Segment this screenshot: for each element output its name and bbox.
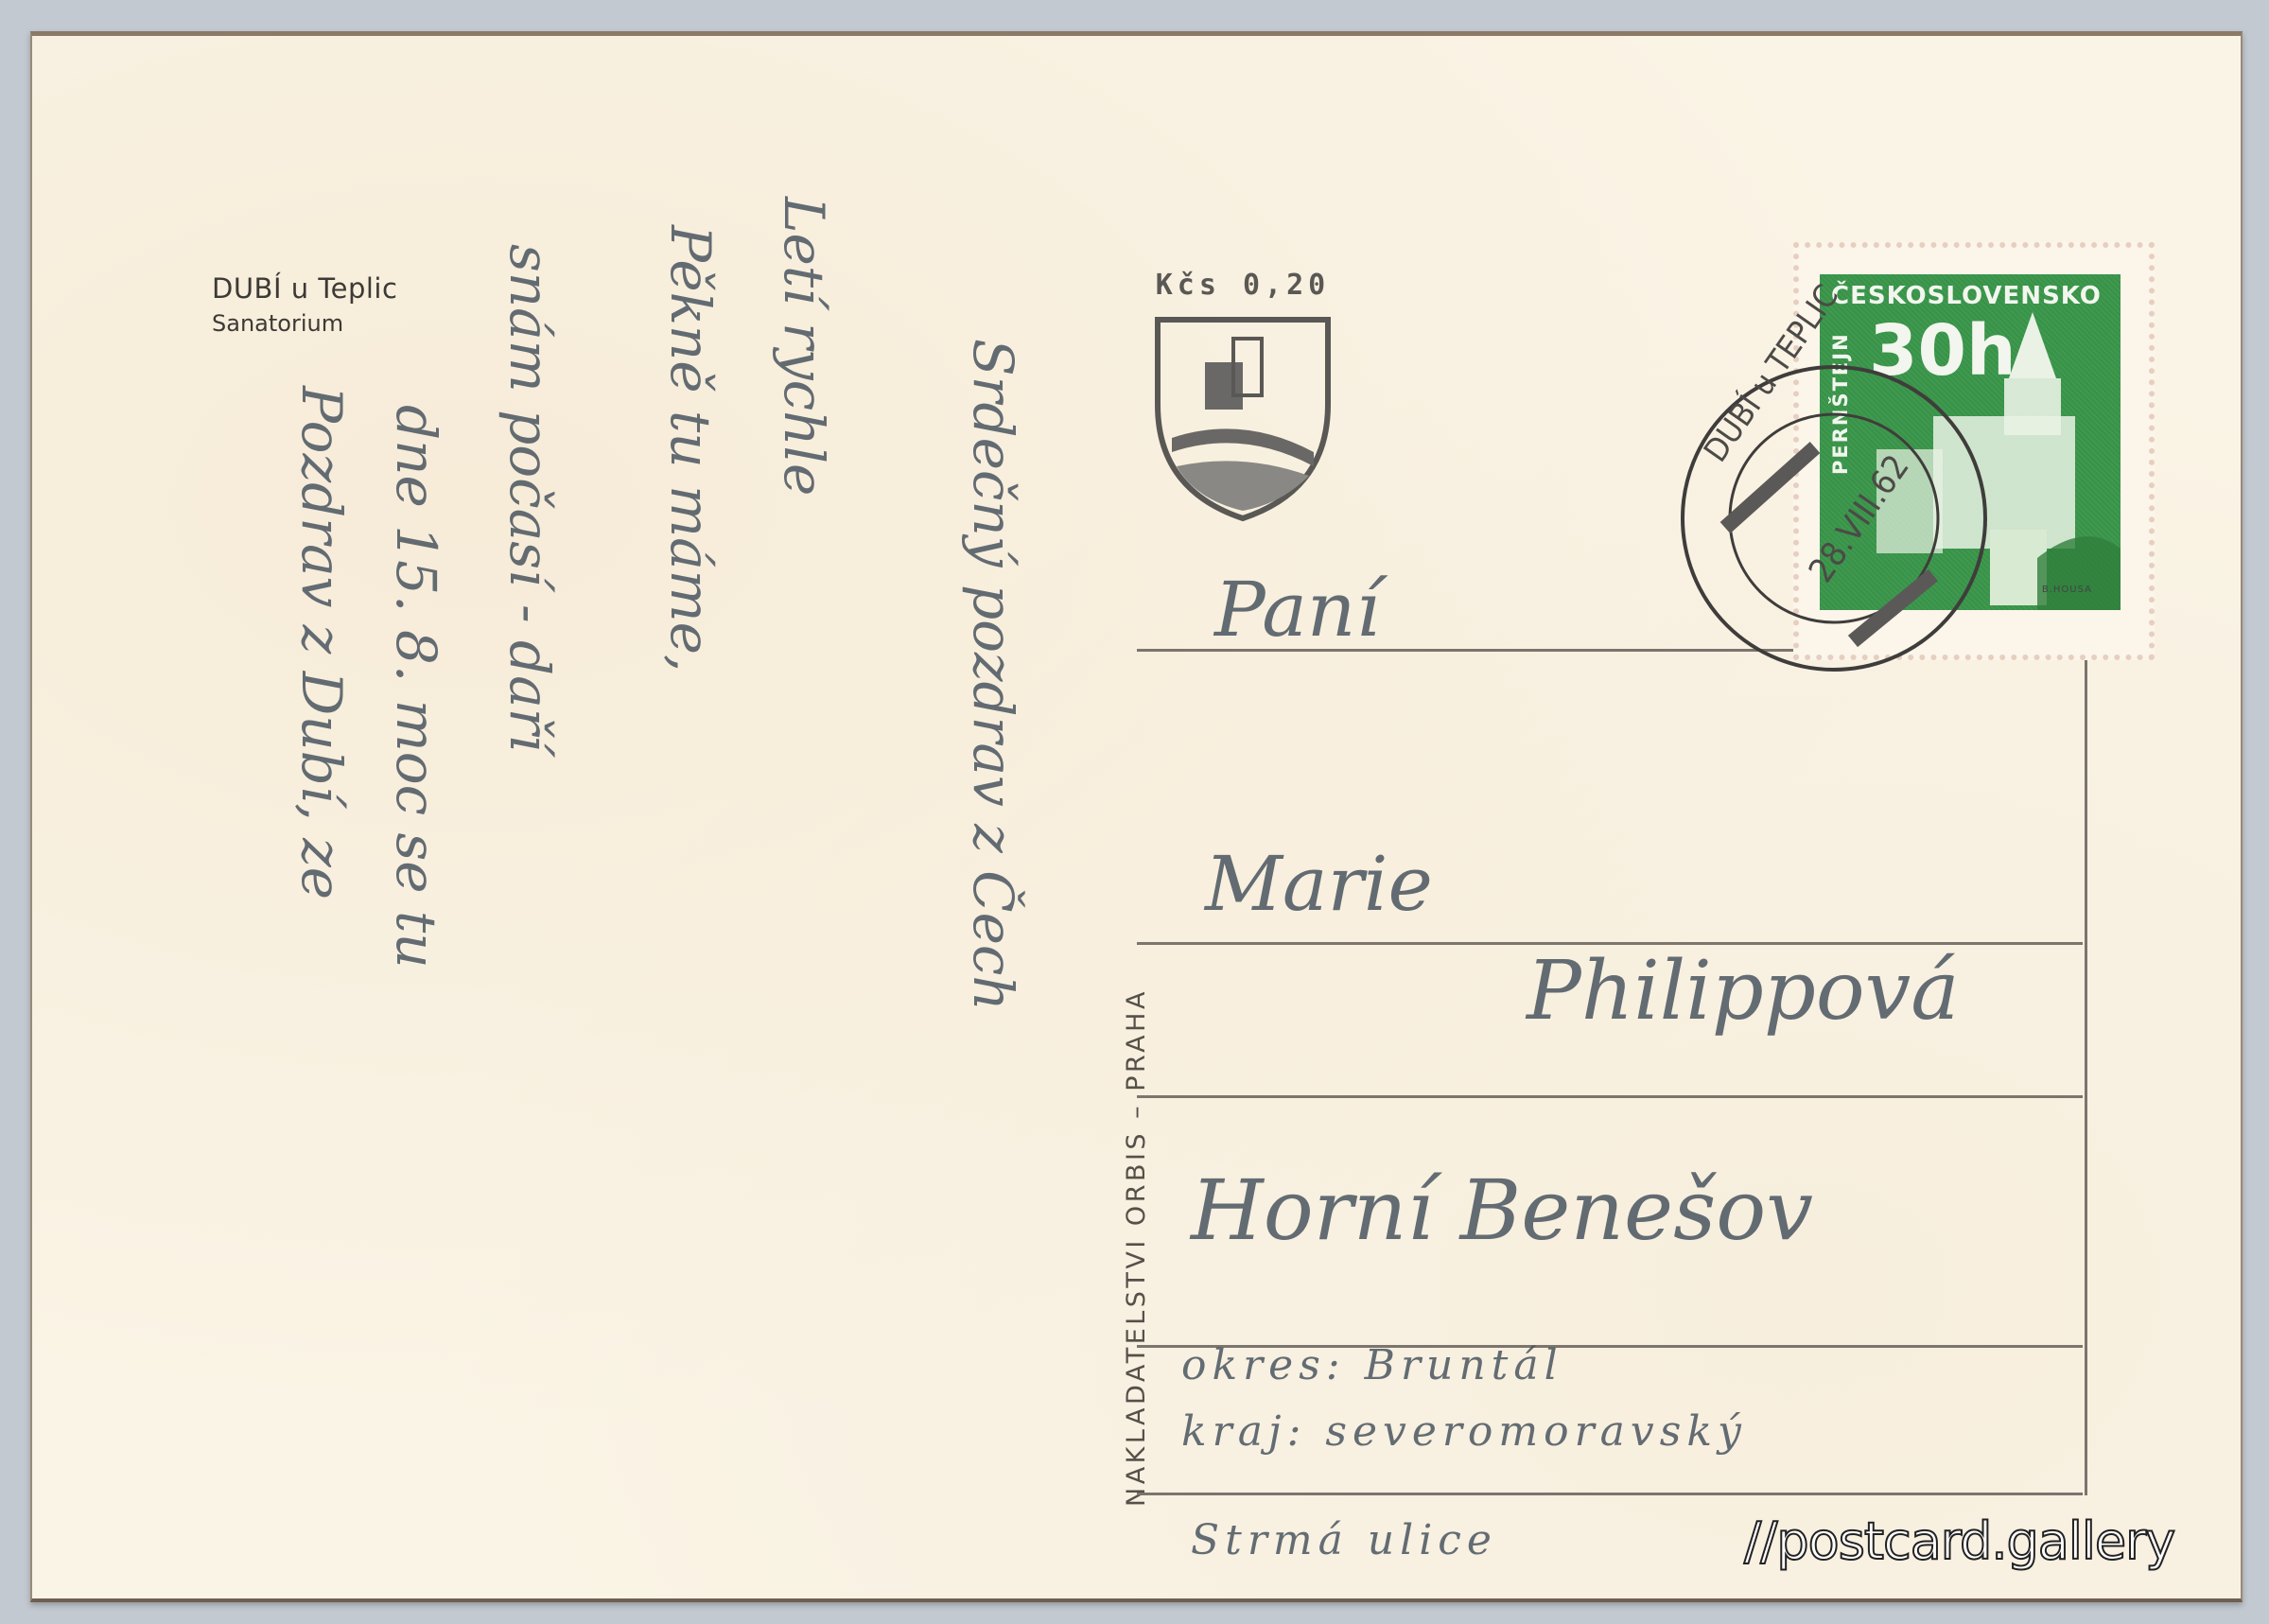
- address-region: kraj: severomoravský: [1181, 1407, 1747, 1456]
- message-line: Pěkně tu máme,: [658, 225, 723, 672]
- postcard-back: DUBÍ u Teplic Sanatorium Pozdrav z Dubí,…: [30, 31, 2243, 1602]
- address-salutation: Paní: [1214, 566, 1380, 654]
- address-line: [1137, 1493, 2083, 1495]
- address-last-name: Philippová: [1527, 944, 1960, 1039]
- address-town: Horní Benešov: [1191, 1161, 1813, 1259]
- message-line: Pozdrav z Dubí, ze: [289, 386, 354, 899]
- place-name: DUBÍ u Teplic: [212, 272, 397, 305]
- printed-caption: DUBÍ u Teplic Sanatorium: [212, 272, 397, 337]
- address-border: [2085, 649, 2087, 1495]
- watermark: //postcard.gallery: [1744, 1511, 2174, 1571]
- castle-shield-icon: [1091, 263, 1394, 537]
- stamp-engraver: B.HOUSA: [2042, 585, 2092, 595]
- message-line: snám počasí - daří: [497, 244, 562, 752]
- address-street: Strmá ulice: [1191, 1516, 1497, 1564]
- publisher-imprint: NAKLADATELSTVI ORBIS – PRAHA: [1122, 988, 1151, 1507]
- address-district: okres: Bruntál: [1181, 1341, 1563, 1389]
- postmark-cancellation: 28.VIII.62 DUBÍ u TEPLIC: [1673, 358, 1995, 679]
- place-subtitle: Sanatorium: [212, 310, 397, 337]
- address-line: [1137, 1095, 2083, 1098]
- message-line: Letí rychle: [772, 197, 836, 496]
- postmark-ring-icon: [1673, 358, 1995, 679]
- address-first-name: Marie: [1205, 840, 1433, 928]
- message-line: dne 15. 8. moc se tu: [384, 405, 448, 969]
- message-line: Srdečný pozdrav z Čech: [961, 339, 1025, 1011]
- tourism-cachet: Kčs 0,20: [1091, 263, 1394, 537]
